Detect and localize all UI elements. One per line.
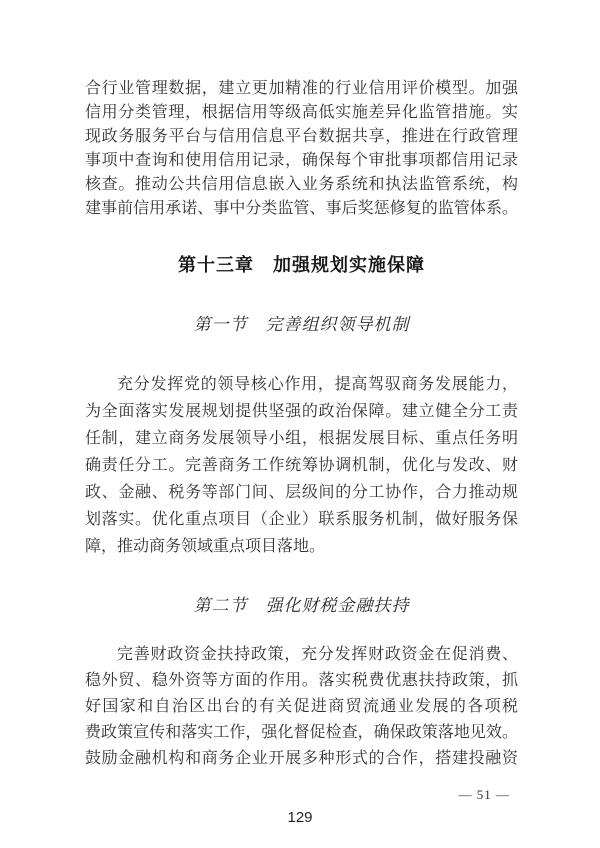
document-page: 合行业管理数据，建立更加精准的行业信用评价模型。加强 信用分类管理，根据信用等级…: [0, 0, 600, 848]
paragraph-continued: 合行业管理数据，建立更加精准的行业信用评价模型。加强 信用分类管理，根据信用等级…: [85, 77, 518, 221]
body-line: 障，推动商务领域重点项目落地。: [85, 533, 518, 560]
body-line: 任制，建立商务发展领导小组，根据发展目标、重点任务明: [85, 425, 518, 452]
body-line: 信用分类管理，根据信用等级高低实施差异化监管措施。实: [85, 101, 518, 125]
folio-number: — 51 —: [459, 787, 511, 803]
section-heading-1: 第一节 完善组织领导机制: [85, 310, 518, 335]
body-line: 核查。推动公共信用信息嵌入业务系统和执法监管系统，构: [85, 173, 518, 197]
body-line: 充分发挥党的领导核心作用，提高驾驭商务发展能力，: [85, 371, 518, 398]
body-line: 现政务服务平台与信用信息平台数据共享，推进在行政管理: [85, 125, 518, 149]
scan-page-number: 129: [0, 809, 600, 826]
body-line: 为全面落实发展规划提供坚强的政治保障。建立健全分工责: [85, 398, 518, 425]
section-heading-2: 第二节 强化财税金融扶持: [85, 591, 518, 616]
paragraph-section-1: 充分发挥党的领导核心作用，提高驾驭商务发展能力， 为全面落实发展规划提供坚强的政…: [85, 371, 518, 560]
body-line: 合行业管理数据，建立更加精准的行业信用评价模型。加强: [85, 77, 518, 101]
body-line: 划落实。优化重点项目（企业）联系服务机制，做好服务保: [85, 506, 518, 533]
body-line: 鼓励金融机构和商务企业开展多种形式的合作，搭建投融资: [85, 746, 518, 772]
body-line: 事项中查询和使用信用记录，确保每个审批事项都信用记录: [85, 149, 518, 173]
body-line: 确责任分工。完善商务工作统筹协调机制，优化与发改、财: [85, 452, 518, 479]
body-line: 政、金融、税务等部门间、层级间的分工协作，合力推动规: [85, 479, 518, 506]
body-line: 稳外贸、稳外资等方面的作用。落实税费优惠扶持政策，抓: [85, 668, 518, 694]
paragraph-section-2: 完善财政资金扶持政策，充分发挥财政资金在促消费、 稳外贸、稳外资等方面的作用。落…: [85, 642, 518, 772]
chapter-heading: 第十三章 加强规划实施保障: [85, 251, 518, 277]
body-line: 建事前信用承诺、事中分类监管、事后奖惩修复的监管体系。: [85, 197, 518, 221]
body-line: 完善财政资金扶持政策，充分发挥财政资金在促消费、: [85, 642, 518, 668]
body-line: 费政策宣传和落实工作，强化督促检查，确保政策落地见效。: [85, 720, 518, 746]
body-line: 好国家和自治区出台的有关促进商贸流通业发展的各项税: [85, 694, 518, 720]
